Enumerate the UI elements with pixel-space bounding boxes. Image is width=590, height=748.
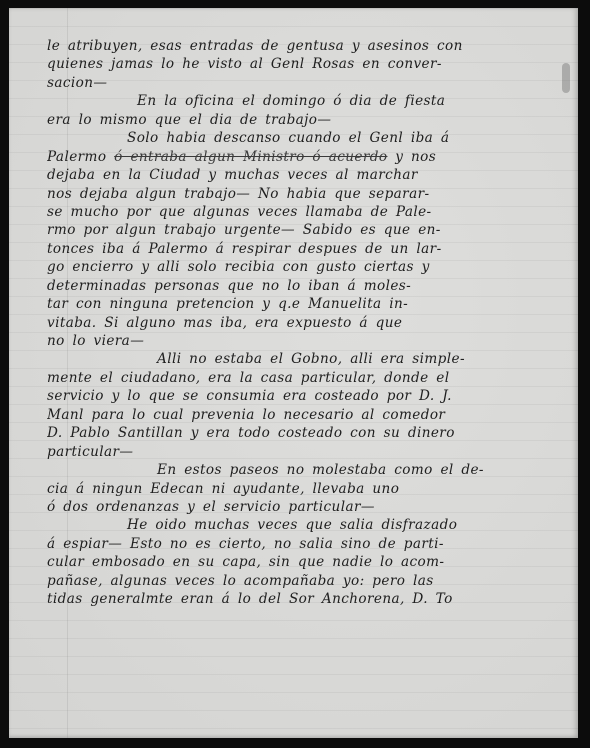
text-line: particular—	[47, 443, 575, 461]
text-line: dejaba en la Ciudad y muchas veces al ma…	[47, 166, 575, 184]
text-line: rmo por algun trabajo urgente— Sabido es…	[47, 221, 575, 239]
text-segment: y nos	[395, 149, 436, 165]
text-line: go encierro y alli solo recibia con gust…	[47, 258, 575, 276]
text-line: le atribuyen, esas entradas de gentusa y…	[47, 37, 575, 55]
text-line: quienes jamas lo he visto al Genl Rosas …	[47, 55, 575, 73]
text-line-with-strikeout: Palermo ó entraba algun Ministro ó acuer…	[47, 148, 575, 166]
text-line: tonces iba á Palermo á respirar despues …	[47, 240, 575, 258]
text-line: He oido muchas veces que salia disfrazad…	[47, 516, 575, 534]
text-line: tar con ninguna pretencion y q.e Manueli…	[47, 295, 575, 313]
text-line: pañase, algunas veces lo acompañaba yo: …	[47, 572, 575, 590]
text-line: sacion—	[47, 74, 575, 92]
struck-text: ó entraba algun Ministro ó acuerdo	[114, 149, 387, 165]
text-line: Alli no estaba el Gobno, alli era simple…	[47, 350, 575, 368]
text-line: se mucho por que algunas veces llamaba d…	[47, 203, 575, 221]
text-line: servicio y lo que se consumia era costea…	[47, 387, 575, 405]
text-segment: Palermo	[47, 149, 106, 165]
text-line: era lo mismo que el dia de trabajo—	[47, 111, 575, 129]
text-line: tidas generalmte eran á lo del Sor Ancho…	[47, 590, 575, 608]
text-line: no lo viera—	[47, 332, 575, 350]
text-line: cia á ningun Edecan ni ayudante, llevaba…	[47, 480, 575, 498]
text-line: vitaba. Si alguno mas iba, era expuesto …	[47, 314, 575, 332]
handwritten-text-body: le atribuyen, esas entradas de gentusa y…	[47, 37, 575, 609]
text-line: En estos paseos no molestaba como el de-	[47, 461, 575, 479]
text-line: D. Pablo Santillan y era todo costeado c…	[47, 424, 575, 442]
text-line: á espiar— Esto no es cierto, no salia si…	[47, 535, 575, 553]
text-line: En la oficina el domingo ó dia de fiesta	[47, 92, 575, 110]
text-line: Manl para lo cual prevenia lo necesario …	[47, 406, 575, 424]
manuscript-page: le atribuyen, esas entradas de gentusa y…	[9, 8, 578, 738]
text-line: Solo habia descanso cuando el Genl iba á	[47, 129, 575, 147]
text-line: determinadas personas que no lo iban á m…	[47, 277, 575, 295]
text-line: nos dejaba algun trabajo— No habia que s…	[47, 185, 575, 203]
text-line: mente el ciudadano, era la casa particul…	[47, 369, 575, 387]
text-line: ó dos ordenanzas y el servicio particula…	[47, 498, 575, 516]
text-line: cular embosado en su capa, sin que nadie…	[47, 553, 575, 571]
